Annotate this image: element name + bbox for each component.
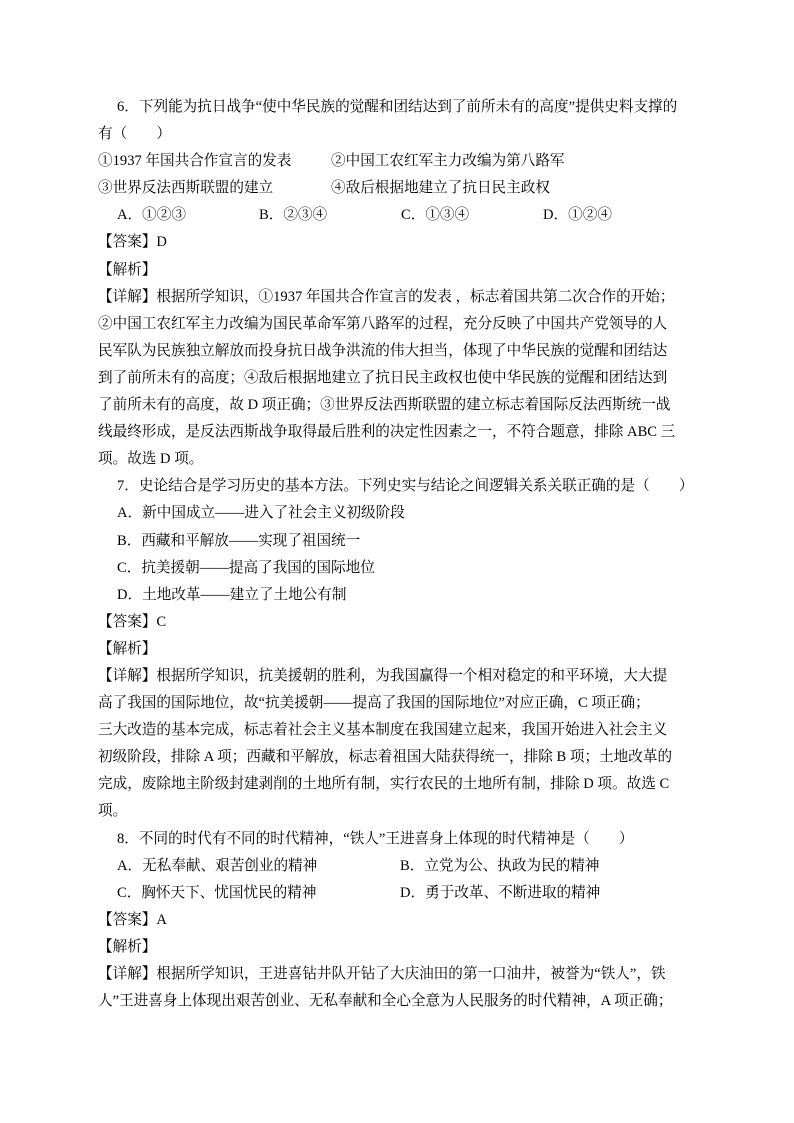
detail-line: 了前所未有的高度，故 D 项正确；③世界反法西斯联盟的建立标志着国际反法西斯统一… <box>0 392 794 419</box>
option-a: A．①②③ <box>117 202 186 229</box>
answer-label: 【答案】 <box>98 614 156 630</box>
detail-line: 到了前所未有的高度；④敌后根据地建立了抗日民主政权也使中华民族的觉醒和团结达到 <box>0 365 794 392</box>
question-7-block: 7．史论结合是学习历史的基本方法。下列史实与结论之间逻辑关系关联正确的是（ ） … <box>0 473 794 825</box>
answer-line: 【答案】A <box>0 907 794 934</box>
option-c: C．胸怀天下、忧国忧民的精神 <box>117 880 316 907</box>
detail-line: ②中国工农红军主力改编为国民革命军第八路军的过程，充分反映了中国共产党领导的人 <box>0 311 794 338</box>
question-stem-wrap-line: 有（ ） <box>0 121 794 148</box>
analysis-label: 【解析】 <box>0 257 794 284</box>
option-c: C．抗美援朝——提高了我国的国际地位 <box>0 555 794 582</box>
numbered-item-row: ③世界反法西斯联盟的建立 ④敌后根据地建立了抗日民主政权 <box>0 175 794 202</box>
numbered-item-row: ①1937 年国共合作宣言的发表 ②中国工农红军主力改编为第八路军 <box>0 148 794 175</box>
answer-value: A <box>156 912 167 928</box>
answer-label: 【答案】 <box>98 912 156 928</box>
option-a: A．无私奉献、艰苦创业的精神 <box>117 853 317 880</box>
analysis-label: 【解析】 <box>0 636 794 663</box>
detail-line: 项。 <box>0 798 794 825</box>
detail-line: 项。故选 D 项。 <box>0 446 794 473</box>
answer-value: D <box>156 234 167 250</box>
answer-line: 【答案】D <box>0 229 794 256</box>
detail-line: 【详解】根据所学知识，抗美援朝的胜利，为我国赢得一个相对稳定的和平环境，大大提 <box>0 663 794 690</box>
numbered-item-4: ④敌后根据地建立了抗日民主政权 <box>331 175 550 202</box>
detail-line: 民军队为民族独立解放而投身抗日战争洪流的伟大担当，体现了中华民族的觉醒和团结达 <box>0 338 794 365</box>
option-b: B．西藏和平解放——实现了祖国统一 <box>0 528 794 555</box>
detail-line: 高了我国的国际地位，故“抗美援朝——提高了我国的国际地位”对应正确，C 项正确； <box>0 690 794 717</box>
options-row: A．①②③ B．②③④ C．①③④ D．①②④ <box>0 202 794 229</box>
option-b: B．②③④ <box>259 202 327 229</box>
question-stem-line: 6．下列能为抗日战争“使中华民族的觉醒和团结达到了前所未有的高度”提供史料支撑的 <box>0 94 794 121</box>
exam-document-page: 6．下列能为抗日战争“使中华民族的觉醒和团结达到了前所未有的高度”提供史料支撑的… <box>0 0 794 1123</box>
option-d: D．土地改革——建立了土地公有制 <box>0 582 794 609</box>
question-8-block: 8．不同的时代有不同的时代精神，“铁人”王进喜身上体现的时代精神是（ ） A．无… <box>0 826 794 1016</box>
detail-line: 三大改造的基本完成，标志着社会主义基本制度在我国建立起来，我国开始进入社会主义 <box>0 717 794 744</box>
detail-line: 线最终形成，是反法西斯战争取得最后胜利的决定性因素之一，不符合题意，排除 ABC… <box>0 419 794 446</box>
document-content: 6．下列能为抗日战争“使中华民族的觉醒和团结达到了前所未有的高度”提供史料支撑的… <box>0 94 794 1015</box>
detail-line: 【详解】根据所学知识，①1937 年国共合作宣言的发表 ，标志着国共第二次合作的… <box>0 284 794 311</box>
answer-value: C <box>156 614 166 630</box>
option-d: D．勇于改革、不断进取的精神 <box>400 880 600 907</box>
numbered-item-3: ③世界反法西斯联盟的建立 <box>98 175 273 202</box>
analysis-label: 【解析】 <box>0 934 794 961</box>
option-c: C．①③④ <box>401 202 469 229</box>
options-row: A．无私奉献、艰苦创业的精神 B．立党为公、执政为民的精神 <box>0 853 794 880</box>
question-stem-line: 7．史论结合是学习历史的基本方法。下列史实与结论之间逻辑关系关联正确的是（ ） <box>0 473 794 500</box>
option-a: A．新中国成立——进入了社会主义初级阶段 <box>0 500 794 527</box>
detail-line: 人”王进喜身上体现出艰苦创业、无私奉献和全心全意为人民服务的时代精神，A 项正确… <box>0 988 794 1015</box>
option-b: B．立党为公、执政为民的精神 <box>400 853 599 880</box>
detail-line: 完成，废除地主阶级封建剥削的土地所有制，实行农民的土地所有制，排除 D 项。故选… <box>0 771 794 798</box>
options-row: C．胸怀天下、忧国忧民的精神 D．勇于改革、不断进取的精神 <box>0 880 794 907</box>
option-d: D．①②④ <box>543 202 612 229</box>
question-stem-line: 8．不同的时代有不同的时代精神，“铁人”王进喜身上体现的时代精神是（ ） <box>0 826 794 853</box>
numbered-item-1: ①1937 年国共合作宣言的发表 <box>98 148 291 175</box>
numbered-item-2: ②中国工农红军主力改编为第八路军 <box>331 148 565 175</box>
detail-line: 【详解】根据所学知识，王进喜钻井队开钻了大庆油田的第一口油井，被誉为“铁人”，铁 <box>0 961 794 988</box>
answer-label: 【答案】 <box>98 234 156 250</box>
question-6-block: 6．下列能为抗日战争“使中华民族的觉醒和团结达到了前所未有的高度”提供史料支撑的… <box>0 94 794 473</box>
detail-line: 初级阶段，排除 A 项；西藏和平解放，标志着祖国大陆获得统一，排除 B 项；土地… <box>0 744 794 771</box>
answer-line: 【答案】C <box>0 609 794 636</box>
